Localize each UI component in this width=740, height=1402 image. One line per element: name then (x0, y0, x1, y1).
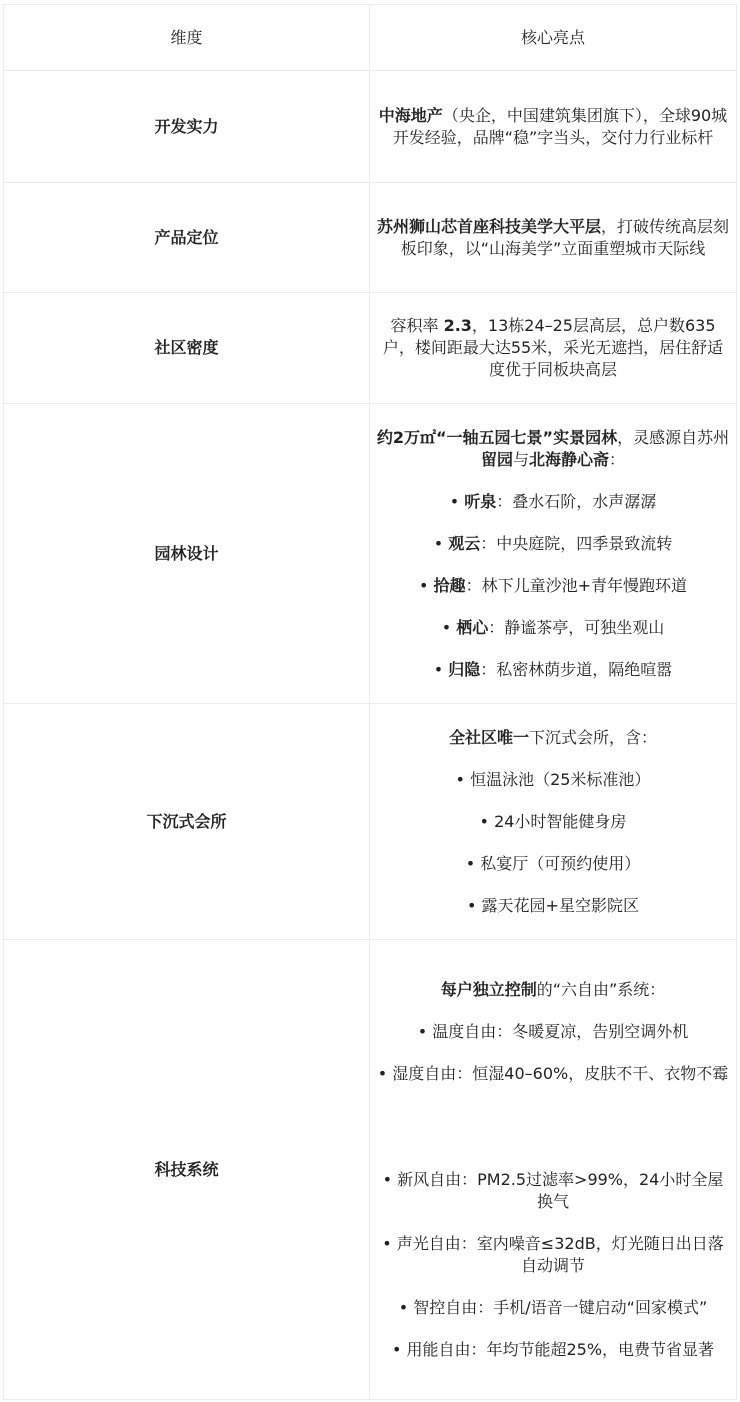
highlight-cell: 容积率 2.3，13栋24–25层高层，总户数635户，楼间距最大达55米，采光… (370, 293, 737, 404)
bold-text: 栖心 (456, 618, 488, 637)
highlight-line (375, 1105, 731, 1149)
text: • 露天花园+星空影院区 (467, 896, 639, 915)
bold-text: 全社区唯一 (449, 728, 529, 747)
highlight-line: • 24小时智能健身房 (375, 811, 731, 833)
highlight-cell: 每户独立控制的“六自由”系统：• 温度自由：冬暖夏凉，告别空调外机• 湿度自由：… (370, 940, 737, 1400)
text: ：静谧茶亭，可独坐观山 (488, 618, 664, 637)
highlight-cell: 约2万㎡“一轴五园七景”实景园林，灵感源自苏州留园与北海静心斋：• 听泉：叠水石… (370, 404, 737, 704)
bold-text: 2.3 (444, 316, 472, 335)
highlight-line: 全社区唯一下沉式会所，含： (375, 727, 731, 749)
table-row: 社区密度容积率 2.3，13栋24–25层高层，总户数635户，楼间距最大达55… (4, 293, 737, 404)
highlight-line: • 新风自由：PM2.5过滤率>99%，24小时全屋换气 (375, 1169, 731, 1213)
text: • 湿度自由：恒湿40–60%，皮肤不干、衣物不霉 (378, 1064, 728, 1083)
table-row: 开发实力中海地产（央企，中国建筑集团旗下），全球90城开发经验，品牌“稳”字当头… (4, 71, 737, 183)
highlight-cell: 苏州狮山芯首座科技美学大平层，打破传统高层刻板印象，以“山海美学”立面重塑城市天… (370, 183, 737, 293)
highlight-line: • 湿度自由：恒湿40–60%，皮肤不干、衣物不霉 (375, 1063, 731, 1085)
highlight-line: 苏州狮山芯首座科技美学大平层，打破传统高层刻板印象，以“山海美学”立面重塑城市天… (375, 216, 731, 260)
text: ：私密林荫步道，隔绝喧嚣 (480, 660, 672, 679)
header-dimension: 维度 (4, 5, 370, 71)
table-row: 园林设计约2万㎡“一轴五园七景”实景园林，灵感源自苏州留园与北海静心斋：• 听泉… (4, 404, 737, 704)
header-highlights: 核心亮点 (370, 5, 737, 71)
text: • 智控自由：手机/语音一键启动“回家模式” (399, 1298, 708, 1317)
dimension-cell: 科技系统 (4, 940, 370, 1400)
text: 与 (513, 450, 529, 469)
highlight-line: • 私宴厅（可预约使用） (375, 853, 731, 875)
text: 的“六自由”系统： (537, 980, 666, 999)
text: • 温度自由：冬暖夏凉，告别空调外机 (418, 1022, 689, 1041)
dimension-cell: 社区密度 (4, 293, 370, 404)
highlight-line: • 恒温泳池（25米标准池） (375, 769, 731, 791)
highlight-line: • 声光自由：室内噪音≤32dB，灯光随日出日落自动调节 (375, 1233, 731, 1277)
dimension-cell: 开发实力 (4, 71, 370, 183)
text: • 声光自由：室内噪音≤32dB，灯光随日出日落自动调节 (382, 1234, 723, 1275)
text: • 24小时智能健身房 (480, 812, 627, 831)
highlight-line: 容积率 2.3，13栋24–25层高层，总户数635户，楼间距最大达55米，采光… (375, 315, 731, 381)
table-header-row: 维度 核心亮点 (4, 5, 737, 71)
bold-text: 苏州狮山芯首座科技美学大平层 (377, 217, 601, 236)
bold-text: 听泉 (464, 492, 496, 511)
highlight-cell: 中海地产（央企，中国建筑集团旗下），全球90城开发经验，品牌“稳”字当头，交付力… (370, 71, 737, 183)
highlight-line: • 智控自由：手机/语音一键启动“回家模式” (375, 1297, 731, 1319)
bold-text: 归隐 (448, 660, 480, 679)
text: 下沉式会所，含： (529, 728, 657, 747)
highlight-line: • 栖心：静谧茶亭，可独坐观山 (375, 617, 731, 639)
text: • 用能自由：年均节能超25%，电费节省显著 (392, 1340, 714, 1359)
dimension-cell: 园林设计 (4, 404, 370, 704)
dimension-cell: 产品定位 (4, 183, 370, 293)
text: • (434, 534, 449, 553)
highlight-cell: 全社区唯一下沉式会所，含：• 恒温泳池（25米标准池）• 24小时智能健身房• … (370, 704, 737, 940)
highlight-line: • 用能自由：年均节能超25%，电费节省显著 (375, 1339, 731, 1361)
text: （央企，中国建筑集团旗下），全球90城开发经验，品牌“稳”字当头，交付力行业标杆 (393, 106, 727, 147)
highlight-line: 中海地产（央企，中国建筑集团旗下），全球90城开发经验，品牌“稳”字当头，交付力… (375, 105, 731, 149)
bold-text: 北海静心斋 (529, 450, 609, 469)
highlight-line: • 温度自由：冬暖夏凉，告别空调外机 (375, 1021, 731, 1043)
bold-text: 留园 (481, 450, 513, 469)
text: • 恒温泳池（25米标准池） (456, 770, 651, 789)
text: • (442, 618, 457, 637)
table-row: 科技系统每户独立控制的“六自由”系统：• 温度自由：冬暖夏凉，告别空调外机• 湿… (4, 940, 737, 1400)
table-row: 产品定位苏州狮山芯首座科技美学大平层，打破传统高层刻板印象，以“山海美学”立面重… (4, 183, 737, 293)
highlights-table: 维度 核心亮点 开发实力中海地产（央企，中国建筑集团旗下），全球90城开发经验，… (3, 4, 737, 1400)
bold-text: 观云 (448, 534, 480, 553)
bold-text: 约2万㎡“一轴五园七景”实景园林 (377, 428, 617, 447)
text: • 新风自由：PM2.5过滤率>99%，24小时全屋换气 (383, 1170, 724, 1211)
text: ： (609, 450, 625, 469)
highlight-line: • 听泉：叠水石阶，水声潺潺 (375, 491, 731, 513)
highlight-line: 每户独立控制的“六自由”系统： (375, 979, 731, 1001)
table-row: 下沉式会所全社区唯一下沉式会所，含：• 恒温泳池（25米标准池）• 24小时智能… (4, 704, 737, 940)
text: ：叠水石阶，水声潺潺 (496, 492, 656, 511)
bold-text: 拾趣 (434, 576, 466, 595)
highlight-line: • 露天花园+星空影院区 (375, 895, 731, 917)
bold-text: 每户独立控制 (441, 980, 537, 999)
highlight-line: • 归隐：私密林荫步道，隔绝喧嚣 (375, 659, 731, 681)
highlight-line: • 观云：中央庭院，四季景致流转 (375, 533, 731, 555)
text: ，灵感源自苏州 (617, 428, 729, 447)
text: ：林下儿童沙池+青年慢跑环道 (466, 576, 687, 595)
text: ：中央庭院，四季景致流转 (480, 534, 672, 553)
text: • (450, 492, 465, 511)
bold-text: 中海地产 (379, 106, 443, 125)
dimension-cell: 下沉式会所 (4, 704, 370, 940)
text: • (419, 576, 434, 595)
text: • 私宴厅（可预约使用） (466, 854, 641, 873)
highlight-line: • 拾趣：林下儿童沙池+青年慢跑环道 (375, 575, 731, 597)
text: 容积率 (390, 316, 443, 335)
text: • (434, 660, 449, 679)
highlight-line: 约2万㎡“一轴五园七景”实景园林，灵感源自苏州留园与北海静心斋： (375, 427, 731, 471)
